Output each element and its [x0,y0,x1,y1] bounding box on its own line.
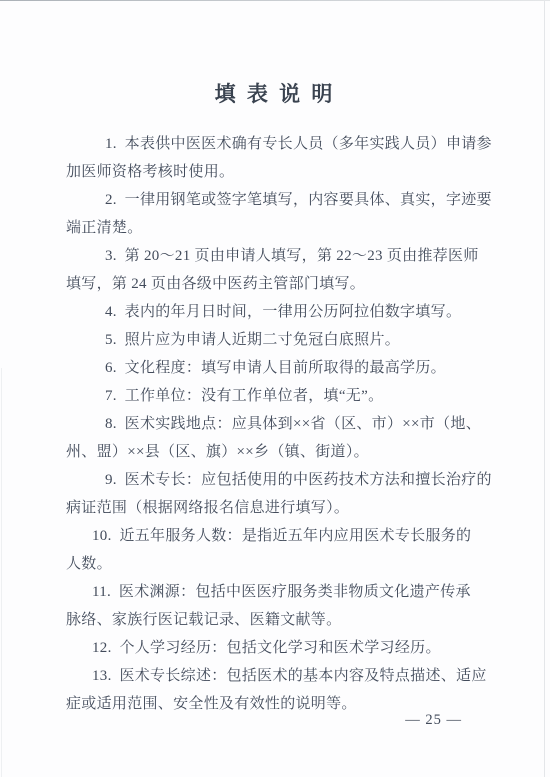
page-number: — 25 — [405,712,462,729]
document-page: 填 表 说 明 1. 本表供中医医术确有专长人员（多年实践人员）申请参 加医师资… [0,0,550,777]
instruction-9-line-1: 9. 医术专长：应包括使用的中医药技术方法和擅长治疗的 [66,466,522,494]
instruction-1-line-2: 加医师资格考核时使用。 [66,158,522,186]
instruction-8-line-1: 8. 医术实践地点：应具体到××省（区、市）××市（地、 [66,410,522,438]
page-title: 填 表 说 明 [0,78,550,108]
instruction-11-line-2: 脉络、家族行医记载记录、医籍文献等。 [66,606,522,634]
instruction-4-line-1: 4. 表内的年月日时间，一律用公历阿拉伯数字填写。 [66,298,522,326]
scan-edge-top [0,0,550,1]
instruction-2-line-2: 端正清楚。 [66,214,522,242]
scan-edge-right [544,0,545,777]
instruction-9-line-2: 病证范围（根据网络报名信息进行填写）。 [66,494,522,522]
instruction-12-line-1: 12. 个人学习经历：包括文化学习和医术学习经历。 [66,634,522,662]
instruction-10-line-1: 10. 近五年服务人数：是指近五年内应用医术专长服务的 [66,522,522,550]
instruction-5-line-1: 5. 照片应为申请人近期二寸免冠白底照片。 [66,326,522,354]
instruction-7-line-1: 7. 工作单位：没有工作单位者，填“无”。 [66,382,522,410]
instruction-10-line-2: 人数。 [66,550,522,578]
instruction-8-line-2: 州、盟）××县（区、旗）××乡（镇、街道）。 [66,438,522,466]
instruction-13-line-1: 13. 医术专长综述：包括医术的基本内容及特点描述、适应 [66,662,522,690]
instruction-1-line-1: 1. 本表供中医医术确有专长人员（多年实践人员）申请参 [66,130,522,158]
instruction-2-line-1: 2. 一律用钢笔或签字笔填写，内容要具体、真实，字迹要 [66,186,522,214]
instructions-list: 1. 本表供中医医术确有专长人员（多年实践人员）申请参 加医师资格考核时使用。 … [66,130,522,718]
instruction-6-line-1: 6. 文化程度：填写申请人目前所取得的最高学历。 [66,354,522,382]
instruction-11-line-1: 11. 医术渊源：包括中医医疗服务类非物质文化遗产传承 [66,578,522,606]
instruction-3-line-1: 3. 第 20～21 页由申请人填写，第 22～23 页由推荐医师 [66,242,522,270]
instruction-3-line-2: 填写，第 24 页由各级中医药主管部门填写。 [66,270,522,298]
scan-edge-left [1,368,2,777]
